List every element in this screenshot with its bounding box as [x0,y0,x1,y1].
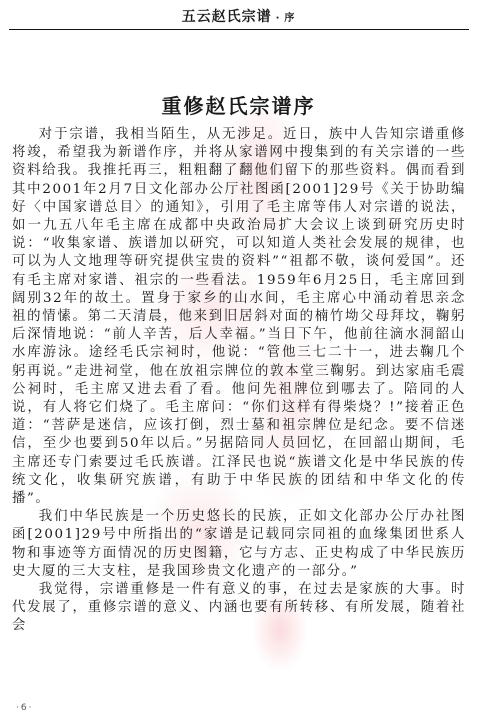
section-label: 序 [284,13,295,24]
header-divider [9,29,469,30]
book-title: 五云赵氏宗谱 [182,9,272,25]
paragraph: 我觉得，宗谱重修是一件有意义的事，在过去是家族的大事。时代发展了，重修宗谱的意义… [12,581,466,636]
running-header: 五云赵氏宗谱·序 [0,6,477,26]
page-title: 重修赵氏宗谱序 [0,90,477,119]
page-number: ·6· [16,703,33,713]
paragraph: 我们中华民族是一个历史悠长的民族，正如文化部办公厅办社图函[2001]29号中所… [12,508,466,581]
header-separator: · [276,13,281,24]
body-text: 对于宗谱，我相当陌生，从无涉足。近日，族中人告知宗谱重修将竣，希望我为新谱作序，… [12,126,466,636]
paragraph: 对于宗谱，我相当陌生，从无涉足。近日，族中人告知宗谱重修将竣，希望我为新谱作序，… [12,126,466,508]
